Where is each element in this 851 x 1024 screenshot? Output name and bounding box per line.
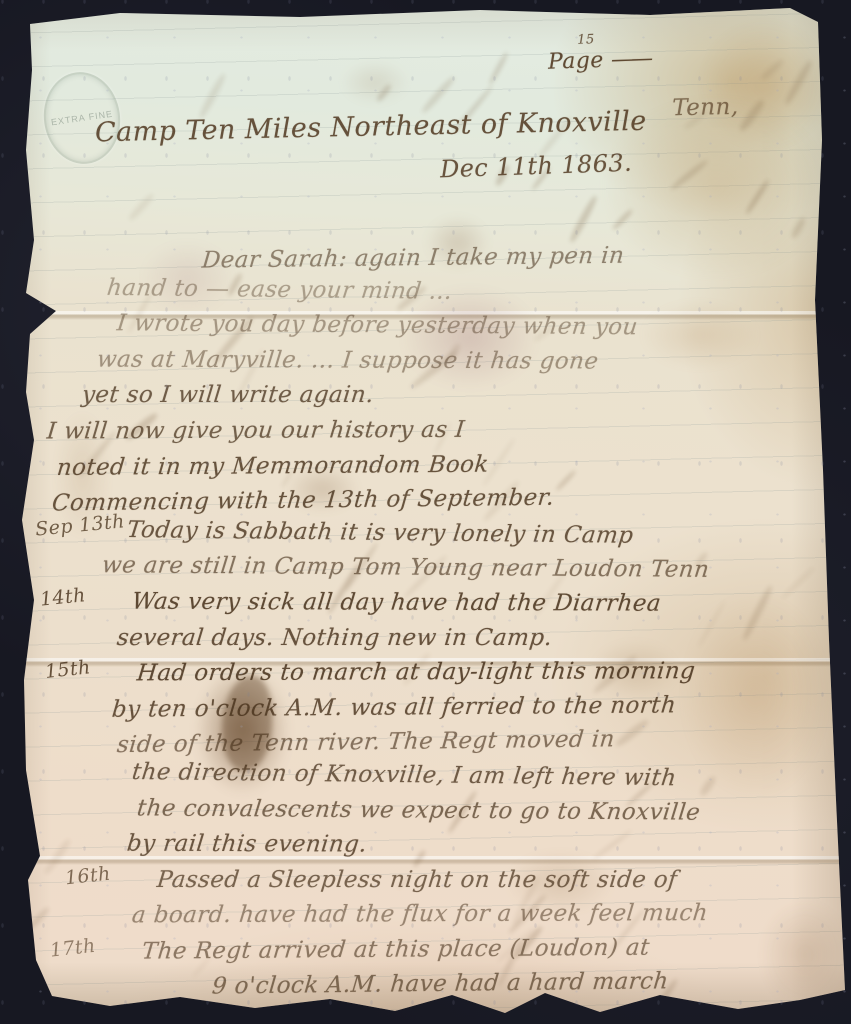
page-number: 15	[577, 32, 595, 48]
margin-day-label: Sep 13th	[34, 510, 125, 540]
letter-line: a board. have had the flux for a week fe…	[132, 900, 825, 937]
margin-day-label: 17th	[49, 935, 97, 962]
line-text: 9 o'clock A.M. have had a hard march	[211, 969, 670, 1000]
letter-line: the direction of Knoxville, I am left he…	[132, 759, 825, 802]
letter-line: 16thPassed a Sleepless night on the soft…	[157, 867, 825, 902]
letter-line: Dear Sarah: again I take my pen in	[202, 240, 825, 282]
letter-heading: Camp Ten Miles Northeast of KnoxvilleTen…	[95, 103, 795, 149]
line-text: Passed a Sleepless night on the soft sid…	[156, 867, 679, 893]
heading-place: Camp Ten Miles Northeast of Knoxville	[95, 106, 647, 149]
page-dash: ——	[611, 46, 652, 72]
ghost-mark	[611, 208, 634, 231]
margin-day-label: 14th	[39, 584, 87, 610]
line-text: I will now give you our history as I	[46, 417, 466, 445]
line-text: Dear Sarah: again I take my pen in	[201, 243, 626, 274]
line-text: the convalescents we expect to go to Kno…	[136, 795, 702, 825]
line-text: a board. have had the flux for a week fe…	[131, 900, 710, 928]
line-text: the direction of Knoxville, I am left he…	[131, 759, 678, 791]
line-text: we are still in Camp Tom Young near Loud…	[101, 553, 711, 584]
letter-line: 9 o'clock A.M. have had a hard march	[212, 967, 825, 1009]
letter-line: I will now give you our history as I	[47, 415, 825, 453]
line-text: by ten o'clock A.M. was all ferried to t…	[111, 692, 678, 722]
letter-date: Dec 11th 1863.	[440, 149, 633, 184]
photo-background: EXTRA FINE 15 Page —— Camp Ten Miles Nor…	[0, 0, 851, 1024]
line-text: by rail this evening.	[126, 831, 369, 858]
line-text: yet so I will write again.	[81, 382, 376, 408]
letter-line: 15thHad orders to march at day-light thi…	[137, 658, 825, 695]
ghost-mark	[790, 217, 807, 239]
ghost-mark	[669, 158, 709, 192]
line-text: The Regt arrived at this place (Loudon) …	[141, 935, 651, 965]
line-text: Was very sick all day have had the Diarr…	[131, 589, 663, 617]
letter-line: several days. Nothing new in Camp.	[117, 625, 825, 660]
line-text: I wrote you day before yesterday when yo…	[116, 310, 640, 340]
line-text: Had orders to march at day-light this mo…	[136, 658, 697, 686]
letter-line: by rail this evening.	[127, 831, 825, 868]
line-text: Today is Sabbath it is very lonely in Ca…	[126, 517, 635, 549]
letter-line: yet so I will write again.	[82, 382, 825, 417]
line-text: side of the Tenn river. The Regt moved i…	[116, 727, 616, 759]
line-text: several days. Nothing new in Camp.	[116, 625, 554, 651]
margin-day-label: 16th	[64, 862, 112, 889]
page-word: Page	[548, 48, 604, 75]
letter-body: Dear Sarah: again I take my pen inhand t…	[122, 244, 825, 1005]
letter-line: the convalescents we expect to go to Kno…	[137, 795, 825, 835]
letter-line: I wrote you day before yesterday when yo…	[117, 310, 825, 350]
line-text: was at Maryville. ... I suppose it has g…	[96, 346, 600, 374]
ghost-mark	[375, 83, 392, 102]
ghost-mark	[568, 194, 598, 243]
line-text: Commencing with the 13th of September.	[51, 485, 556, 517]
ghost-mark	[421, 74, 457, 113]
letter-paper: EXTRA FINE 15 Page —— Camp Ten Miles Nor…	[0, 0, 851, 1024]
letter-line: was at Maryville. ... I suppose it has g…	[97, 346, 825, 383]
ghost-mark	[197, 72, 227, 119]
ghost-mark	[783, 60, 813, 106]
letter-line: 14thWas very sick all day have had the D…	[132, 589, 825, 626]
ghost-mark	[128, 192, 156, 221]
ghost-mark	[759, 58, 784, 82]
line-text: hand to — ease your mind ...	[106, 274, 454, 304]
ghost-mark	[745, 179, 771, 215]
ghost-mark	[25, 906, 50, 932]
letter-line: we are still in Camp Tom Young near Loud…	[102, 553, 825, 593]
stain	[340, 60, 410, 105]
heading-state: Tenn,	[672, 94, 739, 121]
page-label: 15 Page ——	[548, 46, 652, 75]
line-text: noted it in my Memmorandom Book	[56, 451, 490, 480]
margin-day-label: 15th	[44, 656, 92, 683]
ghost-mark	[487, 51, 509, 86]
